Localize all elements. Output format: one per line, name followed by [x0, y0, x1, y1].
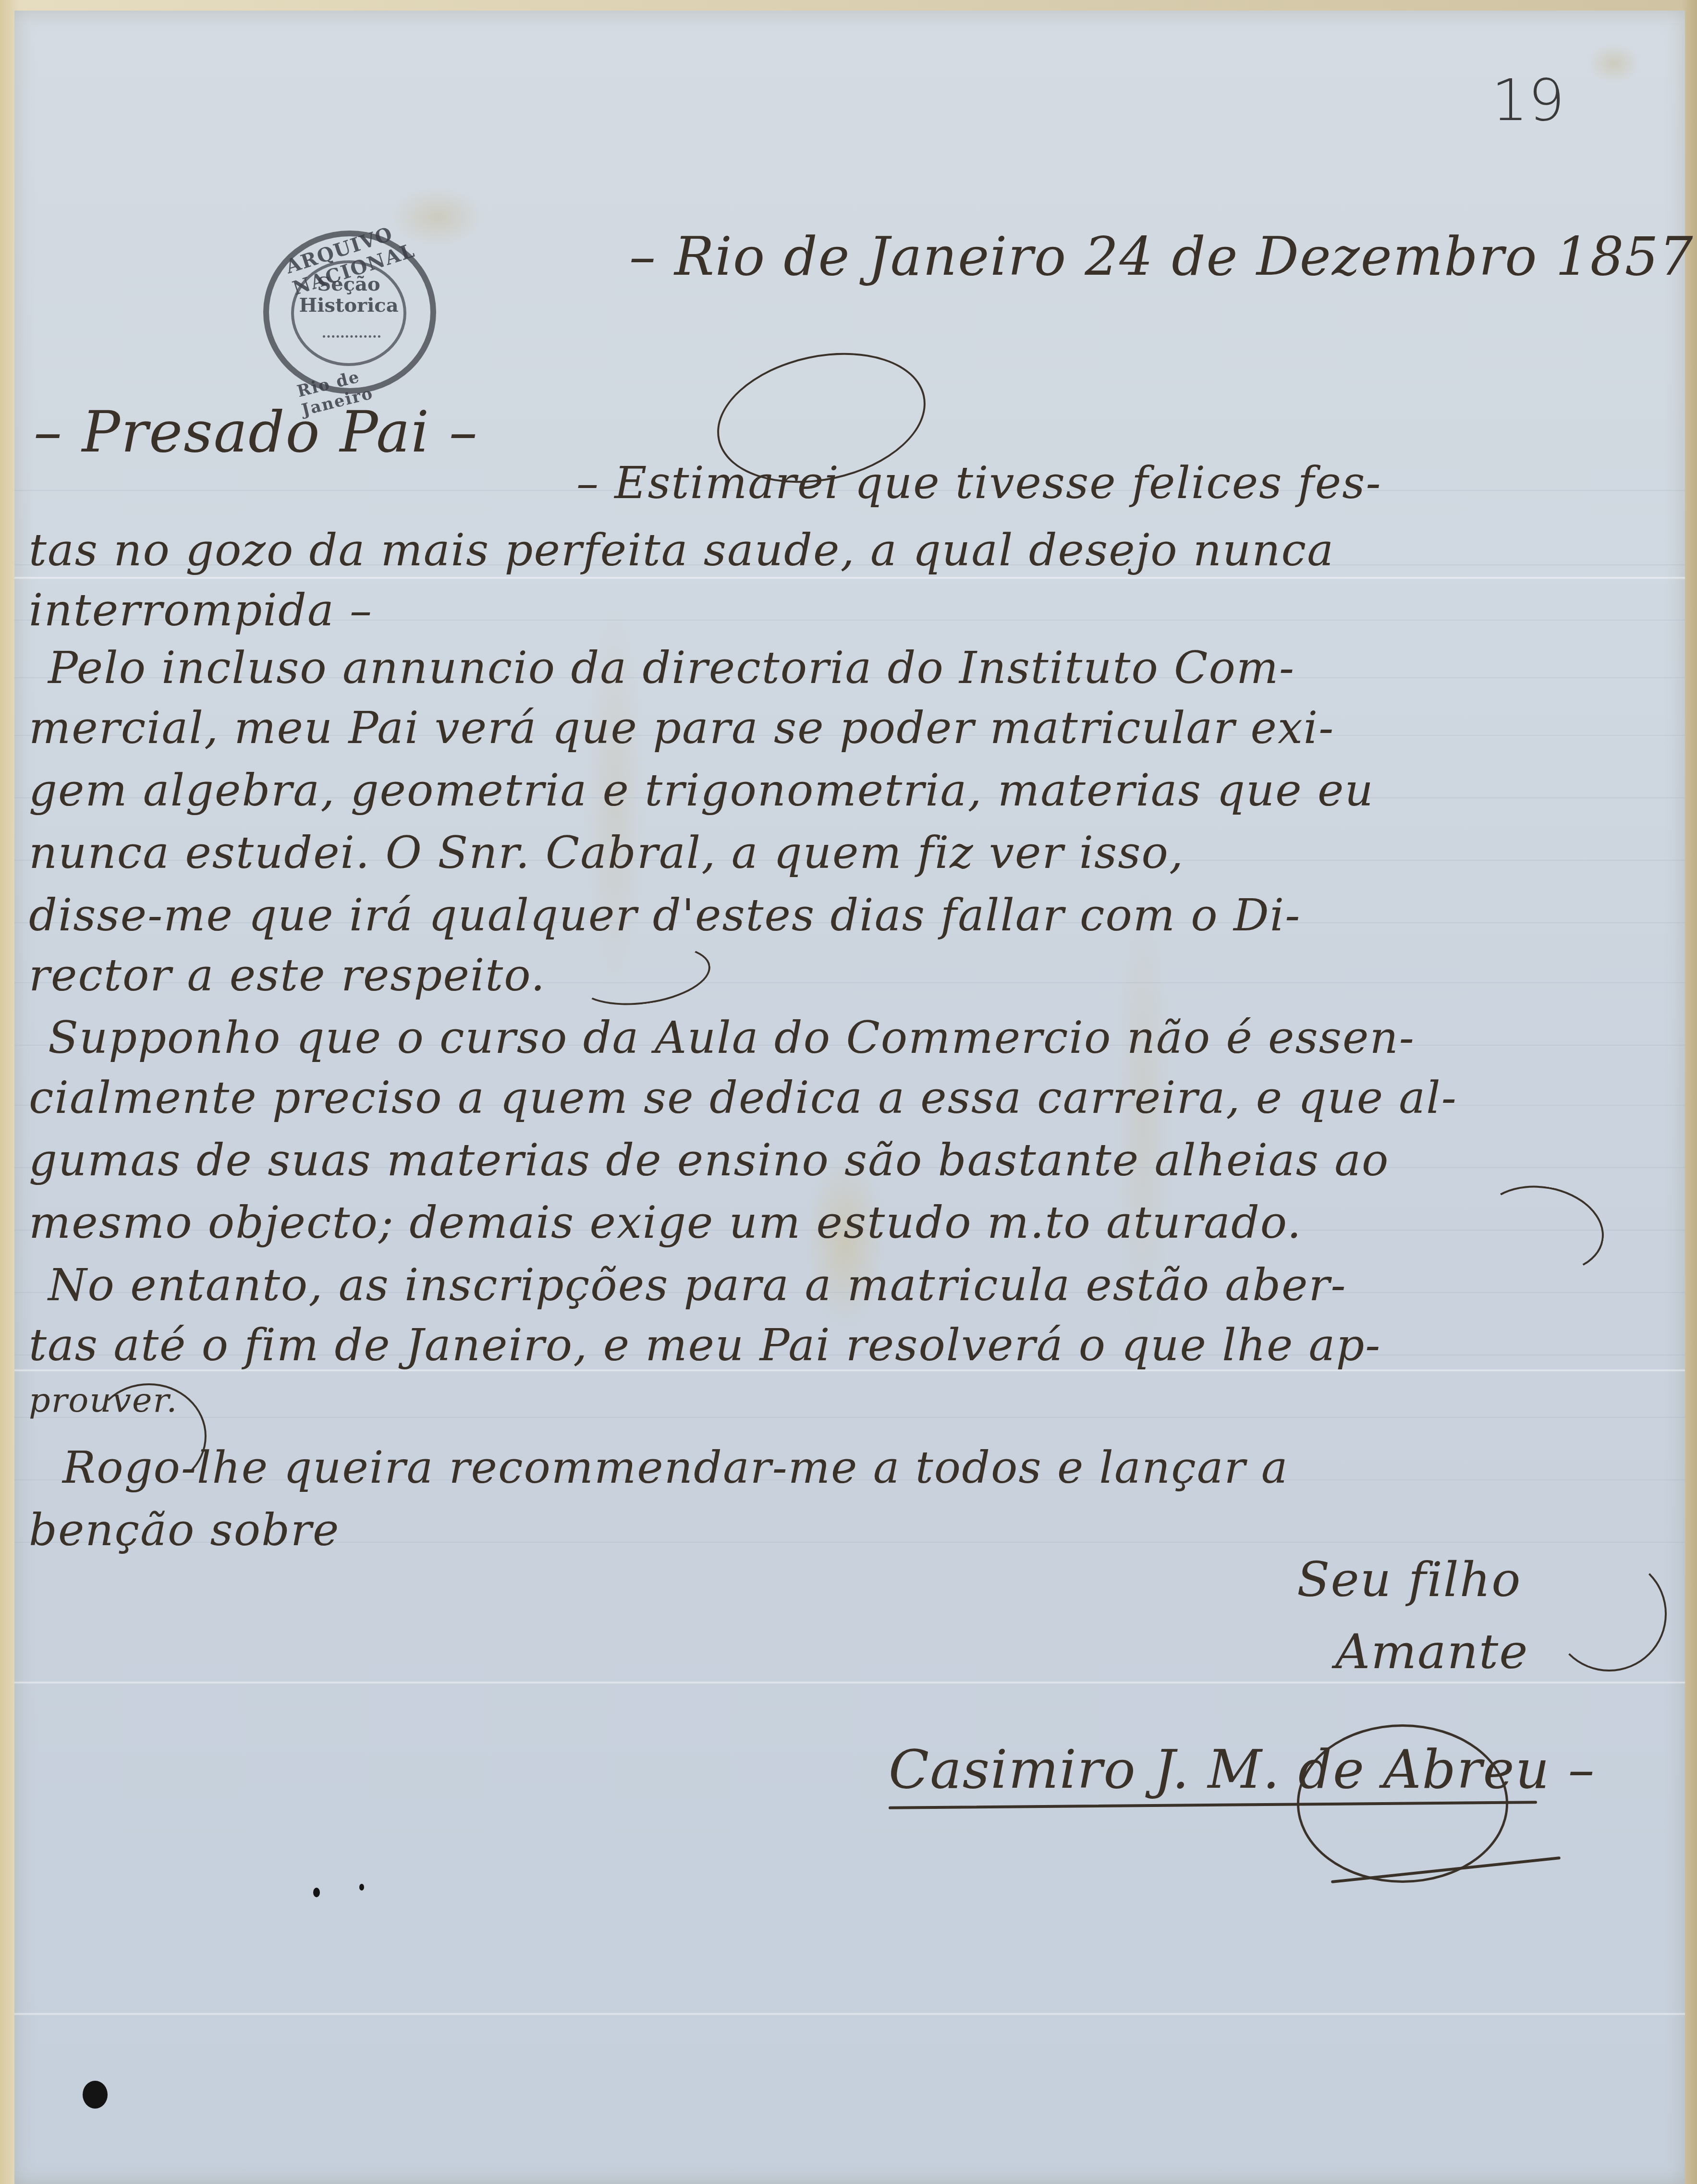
paper-fold	[14, 1681, 1685, 1684]
body-line-3: interrompida –	[29, 588, 373, 633]
body-line-9: rector a este respeito.	[29, 953, 546, 998]
stamp-dotted-line	[323, 335, 380, 338]
stamp-inner-ring: Seção Historica	[291, 260, 406, 366]
closing-flourish	[1551, 1556, 1667, 1672]
body-line-15: tas até o fim de Janeiro, e meu Pai reso…	[29, 1323, 1381, 1367]
paper-hole	[313, 1888, 320, 1897]
archive-stamp: ARQUIVO NACIONAL Rio de Janeiro Seção Hi…	[263, 231, 436, 394]
paper-fold	[14, 576, 1685, 579]
dateline: – Rio de Janeiro 24 de Dezembro 1857 –	[629, 226, 1697, 287]
body-line-2: tas no gozo da mais perfeita saude, a qu…	[29, 528, 1334, 573]
body-line-10: Supponho que o curso da Aula do Commerci…	[48, 1016, 1415, 1060]
folio-number: 19	[1491, 67, 1565, 134]
stamp-section-name: Historica	[294, 295, 403, 316]
body-line-13: mesmo objecto; demais exige um estudo m.…	[29, 1201, 1302, 1245]
stamp-section-label: Seção	[294, 274, 403, 295]
paper-fold	[14, 2013, 1685, 2015]
closing-line-2: Amante	[1335, 1623, 1528, 1680]
body-line-4: Pelo incluso annuncio da directoria do I…	[48, 646, 1295, 690]
body-line-6: gem algebra, geometria e trigonometria, …	[29, 769, 1374, 813]
paper-hole	[359, 1884, 364, 1891]
body-line-18: benção sobre	[29, 1508, 340, 1552]
paper-hole	[83, 2081, 108, 2109]
body-line-17: Rogo-lhe queira recommendar-me a todos e…	[62, 1446, 1289, 1490]
line-end-flourish	[91, 1383, 207, 1489]
body-line-8: disse-me que irá qualquer d'estes dias f…	[29, 893, 1301, 938]
body-line-7: nunca estudei. O Snr. Cabral, a quem fiz…	[29, 831, 1184, 875]
body-line-11: cialmente preciso a quem se dedica a ess…	[29, 1076, 1457, 1120]
closing-line-1: Seu filho	[1297, 1551, 1521, 1608]
body-line-1: – Estimarei que tivesse felices fes-	[576, 461, 1382, 505]
body-line-14: No entanto, as inscripções para a matric…	[48, 1263, 1347, 1307]
ruled-line	[14, 1417, 1685, 1418]
body-line-12: gumas de suas materias de ensino são bas…	[29, 1138, 1389, 1183]
body-line-5: mercial, meu Pai verá que para se poder …	[29, 706, 1334, 750]
salutation: – Presado Pai –	[34, 399, 478, 465]
